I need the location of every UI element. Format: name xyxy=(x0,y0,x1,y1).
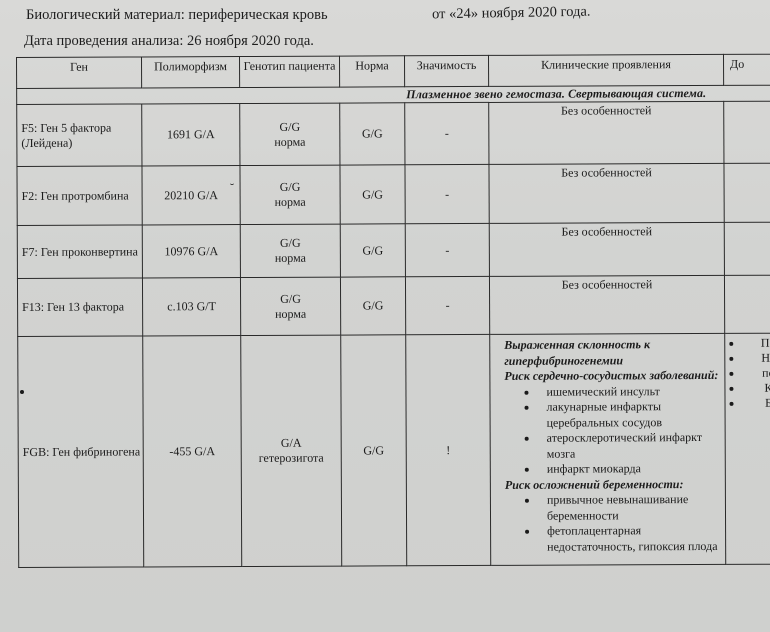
list-item: По xyxy=(729,336,770,351)
polymorphism: -455 G/A xyxy=(143,336,242,567)
patient-genotype: G/Gнорма xyxy=(240,103,340,165)
gene-name: F7: Ген проконвертина xyxy=(17,225,142,279)
list-item: фетоплацентарная недостаточность, гипокс… xyxy=(525,523,721,555)
col-header-clinical: Клинические проявления xyxy=(488,54,723,86)
patient-genotype: G/Gнорма xyxy=(240,277,340,335)
col-header-norm: Норма xyxy=(339,56,404,87)
norm: G/G xyxy=(341,335,407,566)
pen-tick-mark xyxy=(230,181,234,185)
clinical-headline: Выраженная склонность к гиперфибриногене… xyxy=(504,337,720,369)
list-item: Б xyxy=(729,396,770,411)
additional xyxy=(724,163,770,222)
table-row: F2: Ген протромбина 20210 G/A G/Gнорма G… xyxy=(17,163,770,225)
clinical-manifestations: Выраженная склонность к гиперфибриногене… xyxy=(490,333,726,565)
table-row: FGB: Ген фибриногена -455 G/A G/Aгетероз… xyxy=(18,333,770,567)
norm: G/G xyxy=(340,165,405,224)
clinical-manifestations: Без особенностей xyxy=(489,163,724,223)
list-item: по xyxy=(729,366,770,381)
additional: По На по К Б xyxy=(725,333,770,564)
pregnancy-risk-title: Риск осложнений беременности: xyxy=(505,476,721,492)
clinical-manifestations: Без особенностей xyxy=(489,275,724,334)
significance: - xyxy=(405,276,489,334)
cardio-risk-title: Риск сердечно-сосудистых заболеваний: xyxy=(504,368,720,384)
norm: G/G xyxy=(340,224,405,277)
pregnancy-risk-list: привычное невынашивание беременности фет… xyxy=(505,492,721,555)
list-item: лакунарные инфаркты церебральных сосудов xyxy=(525,399,721,431)
list-item: атеросклеротический инфаркт мозга xyxy=(525,430,721,462)
significance: ! xyxy=(406,334,491,565)
clinical-manifestations: Без особенностей xyxy=(489,101,724,164)
table-row: F7: Ген проконвертина 10976 G/A G/Gнорма… xyxy=(17,222,770,278)
table-header-row: Ген Полиморфизм Генотип пациента Норма З… xyxy=(17,54,770,88)
cardio-risk-list: ишемический инсульт лакунарные инфаркты … xyxy=(504,383,720,477)
polymorphism: 10976 G/A xyxy=(142,225,240,278)
results-table: Ген Полиморфизм Генотип пациента Норма З… xyxy=(16,54,770,568)
col-header-polymorphism: Полиморфизм xyxy=(142,57,240,88)
norm: G/G xyxy=(340,277,405,335)
patient-genotype: G/Gнорма xyxy=(240,165,340,224)
list-item: ишемический инсульт xyxy=(524,383,720,399)
patient-genotype: G/Aгетерозигота xyxy=(241,335,342,566)
list-item: К xyxy=(729,381,770,396)
col-header-additional: До xyxy=(723,54,770,85)
col-header-significance: Значимость xyxy=(404,55,488,86)
document-photo: Биологический материал: периферическая к… xyxy=(0,0,770,632)
table-row: F5: Ген 5 фактора (Лейдена) 1691 G/A G/G… xyxy=(17,101,770,166)
clinical-manifestations: Без особенностей xyxy=(489,222,724,276)
col-header-gene: Ген xyxy=(17,57,142,89)
significance: - xyxy=(405,164,489,223)
biological-material: Биологический материал: периферическая к… xyxy=(26,7,328,24)
issue-date: от «24» ноября 2020 года. xyxy=(432,4,591,24)
polymorphism: c.103 G/T xyxy=(142,278,240,336)
gene-name: F2: Ген протромбина xyxy=(17,166,142,226)
additional-list: По На по К Б xyxy=(729,336,770,411)
analysis-date: Дата проведения анализа: 26 ноября 2020 … xyxy=(24,33,314,50)
list-item: На xyxy=(729,351,770,366)
table-row: F13: Ген 13 фактора c.103 G/T G/Gнорма G… xyxy=(17,275,770,336)
significance: - xyxy=(405,223,489,276)
additional xyxy=(724,222,770,275)
norm: G/G xyxy=(340,103,405,165)
polymorphism: 20210 G/A xyxy=(142,166,240,225)
gene-name: FGB: Ген фибриногена xyxy=(18,336,144,568)
additional xyxy=(724,275,770,333)
list-item: привычное невынашивание беременности xyxy=(525,492,721,524)
col-header-genotype: Генотип пациента xyxy=(240,56,340,87)
polymorphism: 1691 G/A xyxy=(142,104,240,166)
additional xyxy=(724,101,770,163)
significance: - xyxy=(405,102,489,164)
stray-dot-mark xyxy=(20,390,24,394)
gene-name: F13: Ген 13 фактора xyxy=(17,278,142,337)
list-item: инфаркт миокарда xyxy=(525,461,721,477)
gene-name: F5: Ген 5 фактора (Лейдена) xyxy=(17,104,142,167)
patient-genotype: G/Gнорма xyxy=(240,224,340,277)
